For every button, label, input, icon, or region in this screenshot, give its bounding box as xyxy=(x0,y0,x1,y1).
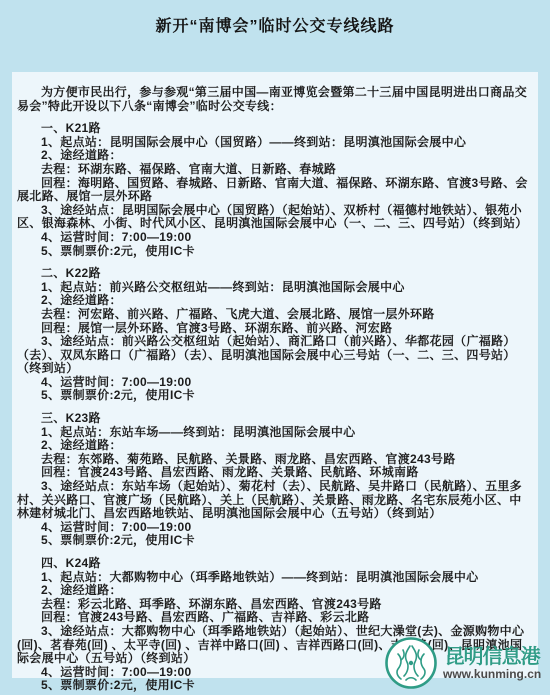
bus-line-section: 三、K23路1、起点站：东站车场——终到站：昆明滇池国际会展中心2、途经道路：去… xyxy=(17,412,533,548)
section-heading: 一、K21路 xyxy=(17,122,533,136)
section-line: 回程：官渡243号路、昌宏西路、雨龙路、关景路、民航路、环城南路 xyxy=(17,466,533,480)
section-heading: 二、K22路 xyxy=(17,267,533,281)
kunming-logo-icon xyxy=(384,636,438,690)
section-line: 去程：河宏路、前兴路、广福路、飞虎大道、会展北路、展馆一层外环路 xyxy=(17,308,533,322)
section-line: 3、途经站点：东站车场（起始站）、菊花村（去）、民航路、吴井路口（民航路）、五里… xyxy=(17,480,533,521)
section-line: 5、票制票价:2元，使用IC卡 xyxy=(17,534,533,548)
section-heading: 三、K23路 xyxy=(17,412,533,426)
section-heading: 四、K24路 xyxy=(17,557,533,571)
kunming-info-port-logo: 昆明信息港 www.kunming.cn xyxy=(384,636,541,690)
bus-line-sections: 一、K21路1、起点站：昆明国际会展中心（国贸路）——终到站：昆明滇池国际会展中… xyxy=(17,122,533,693)
section-line: 5、票制票价:2元，使用IC卡 xyxy=(17,389,533,403)
section-line: 2、途经道路： xyxy=(17,584,533,598)
section-line: 3、途经站点：昆明国际会展中心（国贸路）（起始站）、双桥村（福德村地铁站）、银苑… xyxy=(17,204,533,231)
logo-text-block: 昆明信息港 www.kunming.cn xyxy=(443,646,541,681)
section-line: 去程：环湖东路、福保路、官南大道、日新路、春城路 xyxy=(17,163,533,177)
page-title: 新开“南博会”临时公交专线线路 xyxy=(0,0,550,36)
logo-site-url: www.kunming.cn xyxy=(443,668,541,681)
section-line: 回程：海明路、国贸路、春城路、日新路、官南大道、福保路、环湖东路、官渡3号路、会… xyxy=(17,177,533,204)
section-line: 2、途经道路： xyxy=(17,149,533,163)
section-line: 5、票制票价:2元，使用IC卡 xyxy=(17,245,533,259)
section-line: 2、途经道路： xyxy=(17,439,533,453)
section-line: 3、途经站点：前兴路公交枢纽站（起始站）、商汇路口（前兴路）、华都花园（广福路）… xyxy=(17,335,533,376)
section-line: 4、运营时间：7:00—19:00 xyxy=(17,231,533,245)
intro-paragraph: 为方便市民出行，参与参观“第三届中国—南亚博览会暨第二十三届中国昆明进出口商品交… xyxy=(17,86,533,113)
section-line: 回程：官渡243号路、昌宏西路、广福路、吉祥路、彩云北路 xyxy=(17,611,533,625)
content-box: 为方便市民出行，参与参观“第三届中国—南亚博览会暨第二十三届中国昆明进出口商品交… xyxy=(12,72,538,678)
announcement-page: 新开“南博会”临时公交专线线路 为方便市民出行，参与参观“第三届中国—南亚博览会… xyxy=(0,0,550,36)
bus-line-section: 一、K21路1、起点站：昆明国际会展中心（国贸路）——终到站：昆明滇池国际会展中… xyxy=(17,122,533,258)
section-line: 2、途经道路： xyxy=(17,294,533,308)
logo-site-name: 昆明信息港 xyxy=(445,646,540,668)
bus-line-section: 二、K22路1、起点站：前兴路公交枢纽站——终到站：昆明滇池国际会展中心2、途经… xyxy=(17,267,533,403)
